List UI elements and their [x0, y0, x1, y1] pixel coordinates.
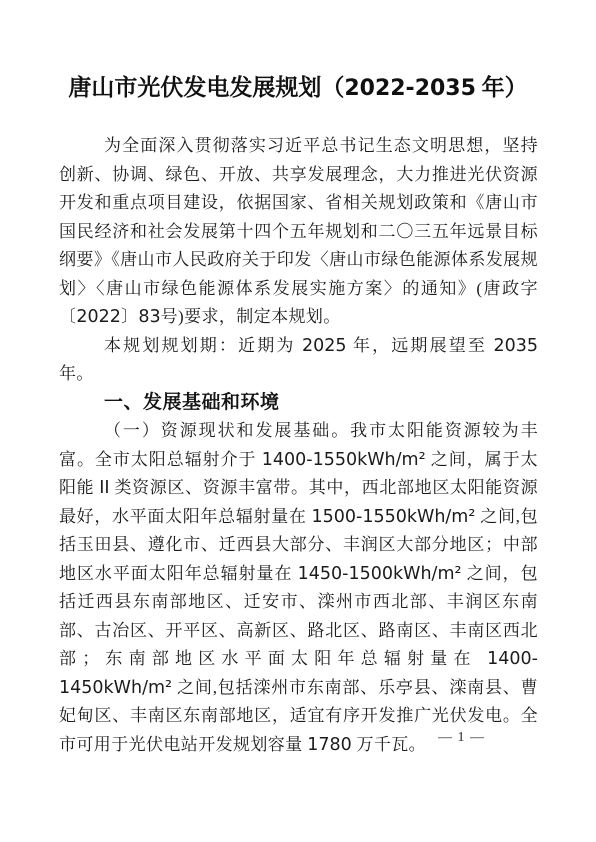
document-body: 为全面深入贯彻落实习近平总书记生态文明思想，坚持创新、协调、绿色、开放、共享发展… — [59, 132, 538, 759]
cjk-text: 万千瓦。 — [352, 735, 426, 754]
numeric-text: II — [99, 478, 109, 498]
resource-status-paragraph: （一）资源现状和发展基础。我市太阳能资源较为丰富。全市太阳总辐射介于 1400-… — [59, 417, 538, 759]
numeric-text: 2035 — [493, 336, 538, 356]
numeric-text: 2022 — [76, 307, 121, 327]
document-title: 唐山市光伏发电发展规划（2022-2035 年） — [30, 73, 566, 104]
numeric-text: 1500-1550kWh/m² — [312, 507, 476, 527]
document-page: 唐山市光伏发电发展规划（2022-2035 年） 为全面深入贯彻落实习近平总书记… — [0, 0, 596, 842]
numeric-text: 83 — [138, 307, 160, 327]
cjk-text: 唐山市光伏发电发展规划（ — [68, 75, 344, 100]
intro-paragraph: 为全面深入贯彻落实习近平总书记生态文明思想，坚持创新、协调、绿色、开放、共享发展… — [59, 132, 538, 332]
numeric-text: 2022-2035 — [344, 76, 476, 101]
cjk-text: 号)要求，制定本规划。 — [161, 307, 341, 326]
cjk-text: 年） — [476, 75, 528, 100]
numeric-text: 1450-1500kWh/m² — [298, 564, 462, 584]
numeric-text: 2025 — [302, 336, 347, 356]
page-number: — 1 — — [438, 729, 485, 747]
numeric-text: 1780 — [307, 735, 352, 755]
planning-period-paragraph: 本规划规划期：近期为 2025 年，远期展望至 2035 年。 — [59, 332, 538, 389]
cjk-text: 〕 — [121, 307, 138, 326]
cjk-text: 年，远期展望至 — [347, 336, 494, 355]
cjk-text: 为全面深入贯彻落实习近平总书记生态文明思想，坚持创新、协调、绿色、开放、共享发展… — [59, 136, 538, 326]
cjk-text: 一、发展基础和环境 — [104, 392, 280, 413]
section-1-heading: 一、发展基础和环境 — [59, 389, 538, 418]
numeric-text: 1400-1550kWh/m² — [262, 450, 426, 470]
cjk-text: 本规划规划期：近期为 — [104, 336, 302, 355]
cjk-text: 年。 — [59, 364, 94, 383]
